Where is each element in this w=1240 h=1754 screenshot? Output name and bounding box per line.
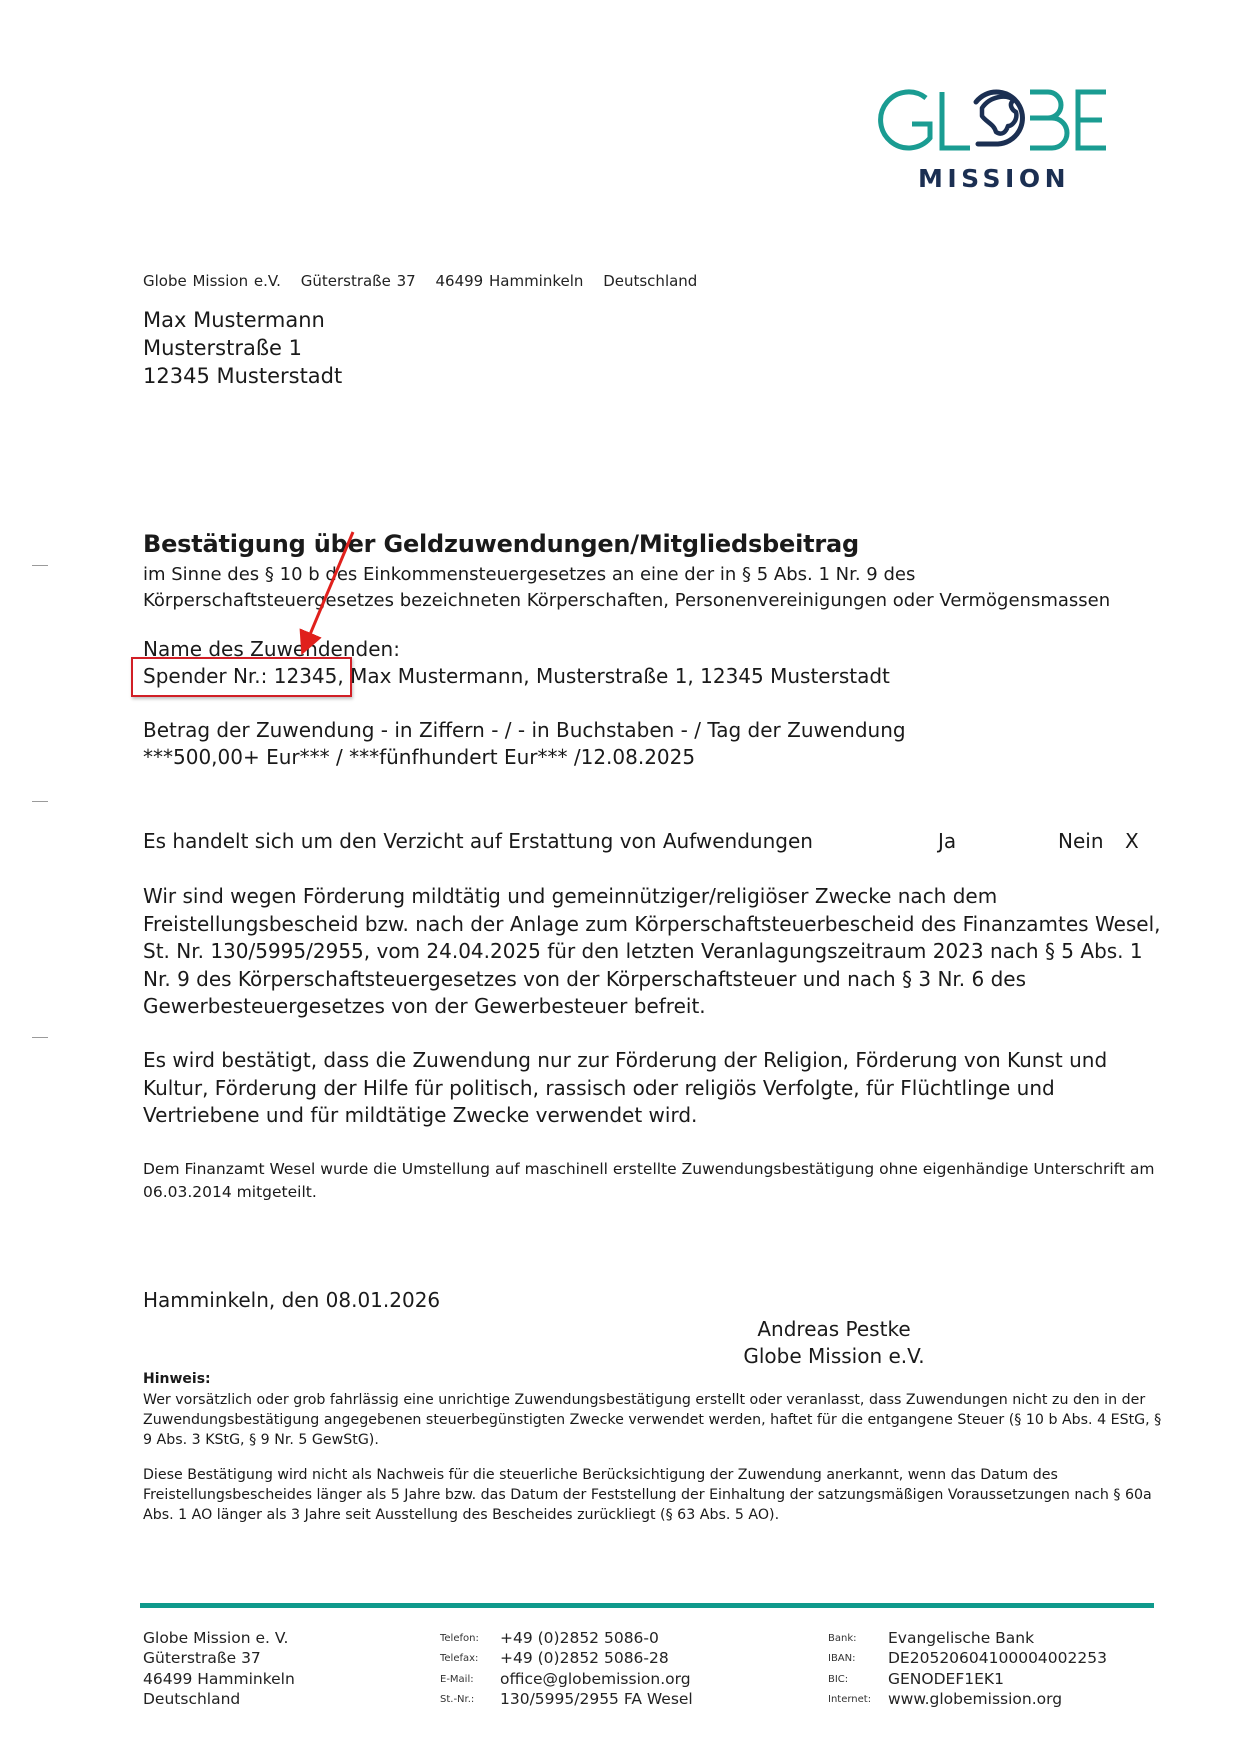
- fold-mark: [32, 801, 48, 802]
- hinweis-paragraph: Diese Bestätigung wird nicht als Nachwei…: [143, 1465, 1173, 1525]
- bic-label: BIC:: [828, 1669, 871, 1689]
- logo-subtitle: MISSION: [908, 164, 1080, 193]
- waiver-statement: Es handelt sich um den Verzicht auf Erst…: [143, 828, 813, 855]
- recipient-name: Max Mustermann: [143, 306, 342, 334]
- signatory-name: Andreas Pestke: [700, 1316, 968, 1343]
- bank-name: Evangelische Bank: [888, 1628, 1107, 1648]
- fold-mark: [32, 565, 48, 566]
- tax-number-label: St.-Nr.:: [440, 1689, 479, 1709]
- purpose-paragraph: Es wird bestätigt, dass die Zuwendung nu…: [143, 1047, 1163, 1130]
- fax-value: +49 (0)2852 5086-28: [500, 1648, 693, 1668]
- footer-contact-values: +49 (0)2852 5086-0 +49 (0)2852 5086-28 o…: [500, 1628, 693, 1709]
- highlight-box: [131, 657, 352, 697]
- subtitle-line: Körperschaftsteuergesetzes bezeichneten …: [143, 588, 1110, 614]
- bank-label: Bank:: [828, 1628, 871, 1648]
- email-label: E-Mail:: [440, 1669, 479, 1689]
- footer-address: Globe Mission e. V. Güterstraße 37 46499…: [143, 1628, 295, 1709]
- globe-icon: [976, 92, 1022, 144]
- place-date: Hamminkeln, den 08.01.2026: [143, 1288, 440, 1312]
- fold-mark: [32, 1037, 48, 1038]
- recipient-city: 12345 Musterstadt: [143, 362, 342, 390]
- footer-bank-values: Evangelische Bank DE20520604100004002253…: [888, 1628, 1107, 1709]
- sender-street: Güterstraße 37: [301, 272, 416, 290]
- hinweis-heading: Hinweis:: [143, 1371, 211, 1387]
- document-subtitle: im Sinne des § 10 b des Einkommensteuerg…: [143, 562, 1110, 614]
- sender-org: Globe Mission e.V.: [143, 272, 281, 290]
- phone-label: Telefon:: [440, 1628, 479, 1648]
- document-title: Bestätigung über Geldzuwendungen/Mitglie…: [143, 530, 859, 558]
- footer-divider: [140, 1603, 1154, 1608]
- sender-city: 46499 Hamminkeln: [436, 272, 584, 290]
- signature-block: Andreas Pestke Globe Mission e.V.: [700, 1316, 968, 1370]
- hinweis-paragraph: Wer vorsätzlich oder grob fahrlässig ein…: [143, 1390, 1173, 1450]
- email-link[interactable]: office@globemission.org: [500, 1669, 693, 1689]
- footer-contact-labels: Telefon: Telefax: E-Mail: St.-Nr.:: [440, 1628, 479, 1709]
- waiver-yes-label: Ja: [938, 828, 956, 855]
- phone-value: +49 (0)2852 5086-0: [500, 1628, 693, 1648]
- recipient-street: Musterstraße 1: [143, 334, 342, 362]
- donor-details: Max Mustermann, Musterstraße 1, 12345 Mu…: [350, 664, 890, 688]
- iban-value: DE20520604100004002253: [888, 1648, 1107, 1668]
- globe-mission-logo: MISSION: [878, 82, 1110, 194]
- tax-number-value: 130/5995/2955 FA Wesel: [500, 1689, 693, 1709]
- footer-bank-labels: Bank: IBAN: BIC: Internet:: [828, 1628, 871, 1709]
- recipient-address: Max Mustermann Musterstraße 1 12345 Must…: [143, 306, 342, 390]
- website-link[interactable]: www.globemission.org: [888, 1689, 1107, 1709]
- fax-label: Telefax:: [440, 1648, 479, 1668]
- finanzamt-note: Dem Finanzamt Wesel wurde die Umstellung…: [143, 1158, 1163, 1204]
- signatory-org: Globe Mission e.V.: [700, 1343, 968, 1370]
- waiver-no-mark: X: [1125, 828, 1139, 855]
- footer-street: Güterstraße 37: [143, 1648, 295, 1668]
- amount-label: Betrag der Zuwendung - in Ziffern - / - …: [143, 717, 906, 744]
- footer-org: Globe Mission e. V.: [143, 1628, 295, 1648]
- sender-return-address: Globe Mission e.V. Güterstraße 37 46499 …: [143, 272, 711, 290]
- internet-label: Internet:: [828, 1689, 871, 1709]
- globe-logo-wordmark: [878, 82, 1110, 162]
- amount-value: ***500,00+ Eur*** / ***fünfhundert Eur**…: [143, 744, 695, 771]
- subtitle-line: im Sinne des § 10 b des Einkommensteuerg…: [143, 562, 1110, 588]
- sender-country: Deutschland: [603, 272, 697, 290]
- footer-city: 46499 Hamminkeln: [143, 1669, 295, 1689]
- iban-label: IBAN:: [828, 1648, 871, 1668]
- exemption-paragraph: Wir sind wegen Förderung mildtätig und g…: [143, 883, 1163, 1021]
- footer-country: Deutschland: [143, 1689, 295, 1709]
- waiver-no-label: Nein: [1058, 828, 1104, 855]
- bic-value: GENODEF1EK1: [888, 1669, 1107, 1689]
